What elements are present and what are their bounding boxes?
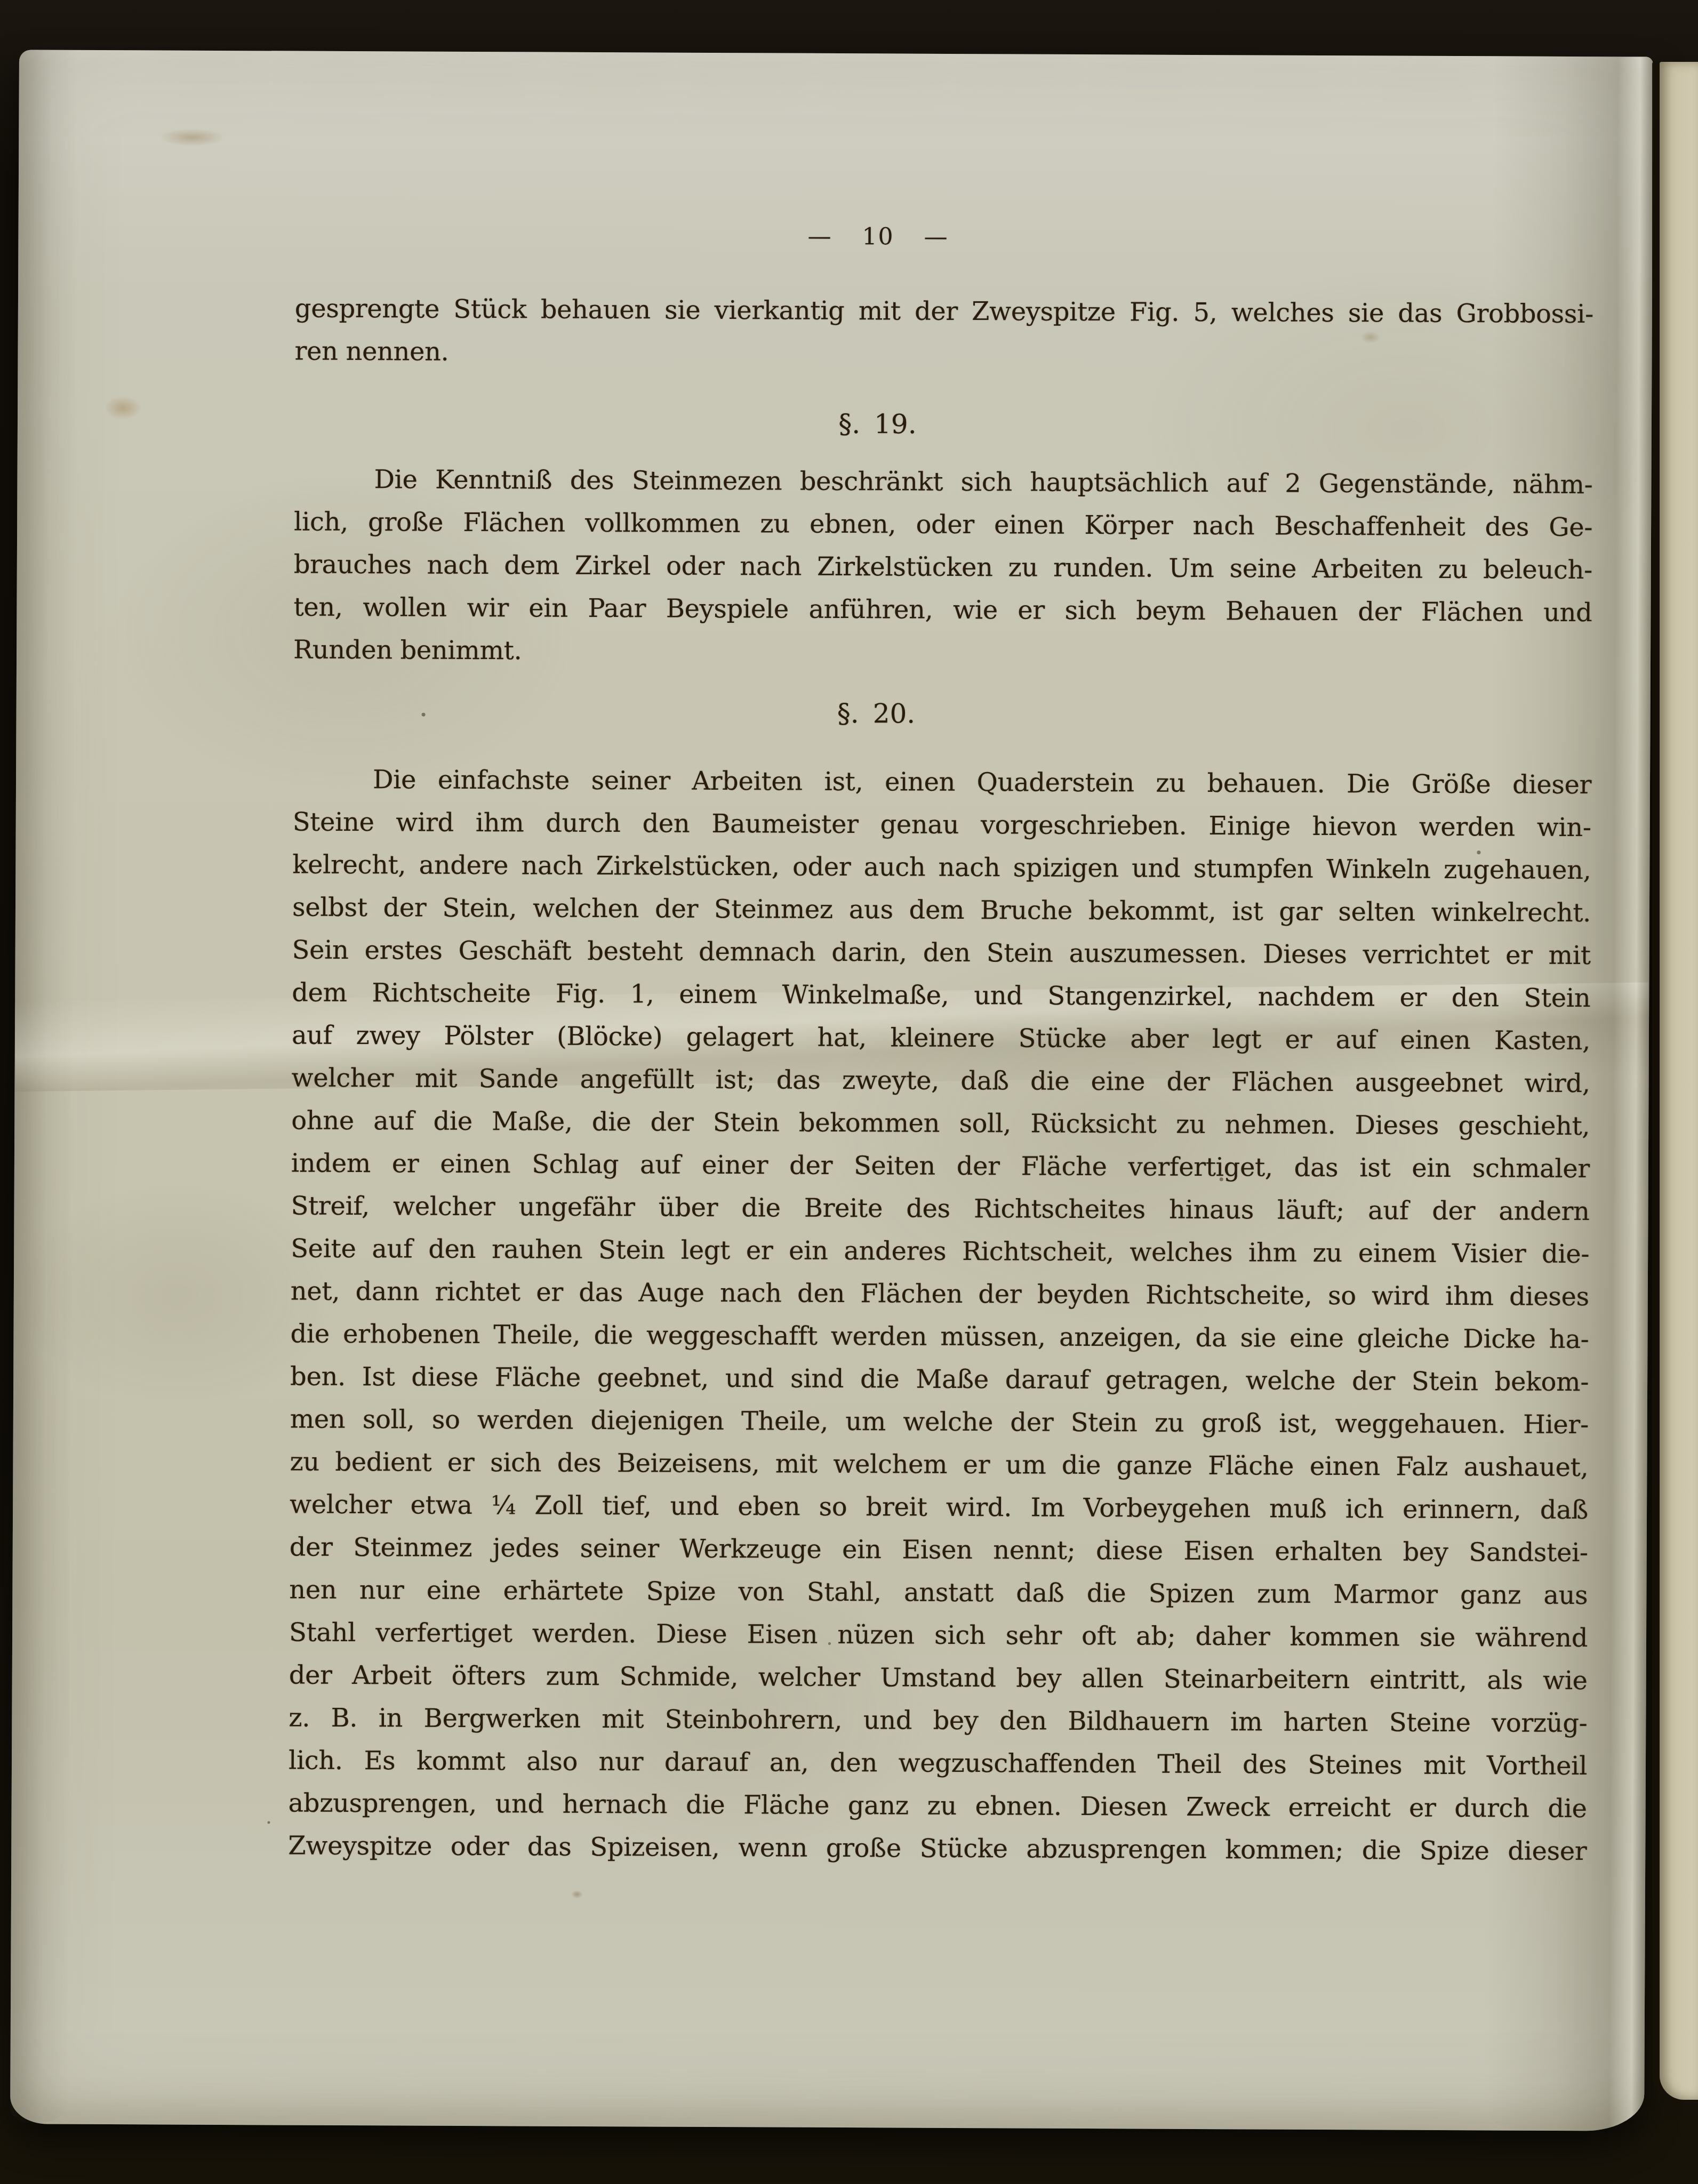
- section-19-paragraph: Die Kenntniß des Steinmezen beschränkt s…: [293, 458, 1593, 677]
- text-line: nen nur eine erhärtete Spize von Stahl, …: [289, 1569, 1588, 1617]
- text-line: Sein erstes Geschäft besteht demnach dar…: [292, 929, 1590, 977]
- text-line: ren nennen.: [294, 330, 1593, 379]
- text-line: Steine wird ihm durch den Baumeister gen…: [293, 801, 1591, 849]
- text-line: zu bedient er sich des Beizeisens, mit w…: [290, 1441, 1588, 1489]
- text-line: ohne auf die Maße, die der Stein bekomme…: [291, 1099, 1590, 1148]
- continuation-paragraph: gesprengte Stück behauen sie vierkantig …: [294, 287, 1593, 379]
- section-19-heading: §. 19.: [228, 400, 1527, 448]
- text-line: Seite auf den rauhen Stein legt er ein a…: [291, 1227, 1589, 1276]
- text-line: auf zwey Pölster (Blöcke) gelagert hat, …: [292, 1014, 1590, 1063]
- printed-text-block: — 10 — gesprengte Stück behauen sie vier…: [287, 51, 1595, 2131]
- section-20-paragraph: Die einfachste seiner Arbeiten ist, eine…: [288, 758, 1591, 1873]
- page-number-dash-right: —: [924, 223, 948, 251]
- text-line: die erhobenen Theile, die weggeschafft w…: [290, 1313, 1589, 1361]
- text-line: z. B. in Bergwerken mit Steinbohrern, un…: [289, 1697, 1587, 1745]
- text-line: welcher mit Sande angefüllt ist; das zwe…: [291, 1057, 1590, 1105]
- paper-speck: [268, 1821, 270, 1824]
- text-line: kelrecht, andere nach Zirkelstücken, ode…: [292, 844, 1591, 892]
- text-line: Runden benimmt.: [293, 629, 1592, 677]
- text-line: selbst der Stein, welchen der Steinmez a…: [292, 886, 1591, 935]
- text-line: lich, große Flächen vollkommen zu ebnen,…: [294, 501, 1592, 549]
- foxing-spot: [98, 391, 148, 424]
- text-line: men soll, so werden diejenigen Theile, u…: [290, 1398, 1589, 1447]
- text-line: Stahl verfertiget werden. Diese Eisen nü…: [289, 1611, 1588, 1660]
- text-line: dem Richtscheite Fig. 1, einem Winkelmaß…: [292, 971, 1590, 1020]
- text-line: indem er einen Schlag auf einer der Seit…: [291, 1142, 1590, 1191]
- text-line: lich. Es kommt also nur darauf an, den w…: [289, 1739, 1587, 1788]
- section-20-heading: §. 20.: [227, 689, 1525, 738]
- foxing-spot: [147, 125, 237, 150]
- book-page: — 10 — gesprengte Stück behauen sie vier…: [10, 50, 1653, 2131]
- text-line: Die Kenntniß des Steinmezen beschränkt s…: [294, 458, 1592, 507]
- text-line: Streif, welcher ungefähr über die Breite…: [291, 1185, 1589, 1233]
- page-number-dash-left: —: [807, 223, 832, 250]
- text-line: der Arbeit öfters zum Schmide, welcher U…: [289, 1654, 1588, 1703]
- text-line: net, dann richtet er das Auge nach den F…: [291, 1270, 1589, 1319]
- text-line: Zweyspitze oder das Spizeisen, wenn groß…: [288, 1825, 1587, 1873]
- text-line: Die einfachste seiner Arbeiten ist, eine…: [293, 758, 1591, 807]
- scanner-bed: — 10 — gesprengte Stück behauen sie vier…: [0, 0, 1698, 2184]
- adjacent-page-edge: [1660, 62, 1698, 2100]
- text-line: der Steinmez jedes seiner Werkzeuge ein …: [290, 1526, 1588, 1575]
- scan-background: { "colors": { "paper": "#c8c6b3", "ink":…: [0, 0, 1698, 2184]
- page-number-value: 10: [862, 223, 894, 250]
- page-number: — 10 —: [807, 223, 948, 251]
- text-line: ben. Ist diese Fläche geebnet, und sind …: [290, 1355, 1589, 1404]
- text-line: brauches nach dem Zirkel oder nach Zirke…: [294, 543, 1592, 592]
- text-line: welcher etwa ¼ Zoll tief, und eben so br…: [290, 1483, 1588, 1532]
- text-line: ten, wollen wir ein Paar Beyspiele anfüh…: [293, 586, 1592, 635]
- text-line: gesprengte Stück behauen sie vierkantig …: [295, 287, 1593, 336]
- text-line: abzusprengen, und hernach die Fläche gan…: [288, 1782, 1587, 1830]
